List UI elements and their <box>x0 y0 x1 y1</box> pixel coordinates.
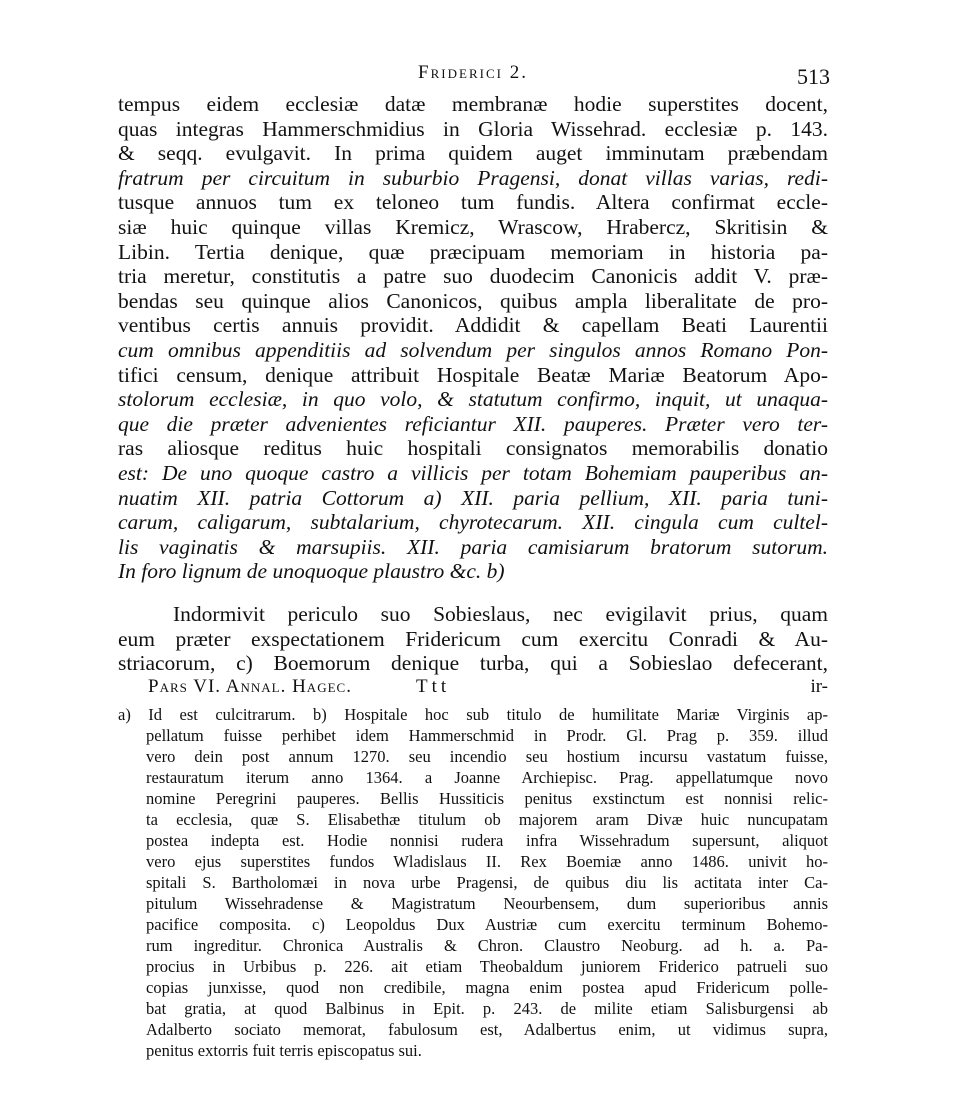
text-line: eum præter exspectationem Fridericum cum… <box>118 627 828 652</box>
footnote-line: a) Id est culcitrarum. b) Hospitale hoc … <box>118 704 828 725</box>
footnote-line: vero dein post annum 1270. seu incendio … <box>118 746 828 767</box>
footnote-line: postea indepta est. Hodie nonnisi rudera… <box>118 830 828 851</box>
text-line: & seqq. evulgavit. In prima quidem auget… <box>118 141 828 166</box>
text-line: In foro lignum de unoquoque plaustro &c.… <box>118 559 828 584</box>
footnote-line: pitulum Wissehradense & Magistratum Neou… <box>118 893 828 914</box>
text-line: ventibus certis annuis providit. Addidit… <box>118 313 828 338</box>
text-line: tempus eidem ecclesiæ datæ membranæ hodi… <box>118 92 828 117</box>
text-line: lis vaginatis & marsupiis. XII. paria ca… <box>118 535 828 560</box>
footnote-line: vero ejus superstites fundos Wladislaus … <box>118 851 828 872</box>
text-line: cum omnibus appenditiis ad solvendum per… <box>118 338 828 363</box>
running-head: Friderici 2. <box>118 62 828 84</box>
page-header: Friderici 2. 513 <box>118 62 828 92</box>
footnote-line: restauratum iterum anno 1364. a Joanne A… <box>118 767 828 788</box>
text-line: quas integras Hammerschmidius in Gloria … <box>118 117 828 142</box>
signature-mark: Ttt <box>416 676 450 698</box>
signature-title: Pars VI. Annal. Hagec. <box>148 676 352 698</box>
text-line: tifici censum, denique attribuit Hospita… <box>118 363 828 388</box>
main-text-block: tempus eidem ecclesiæ datæ membranæ hodi… <box>118 92 828 584</box>
text-line: stolorum ecclesiæ, in quo volo, & statut… <box>118 387 828 412</box>
footnote-line: copias junxisse, quod non credibile, mag… <box>118 977 828 998</box>
footnote-line: bat gratia, at quod Balbinus in Epit. p.… <box>118 998 828 1019</box>
text-line: Libin. Tertia denique, quæ præcipuam mem… <box>118 240 828 265</box>
footnote-line: procius in Urbibus p. 226. ait etiam The… <box>118 956 828 977</box>
text-line: tusque annuos tum ex teloneo tum fundis.… <box>118 190 828 215</box>
paragraph-2: Indormivit periculo suo Sobieslaus, nec … <box>118 602 828 676</box>
page-number: 513 <box>797 64 830 90</box>
footnote-line: ta ecclesia, quæ S. Elisabethæ titulum o… <box>118 809 828 830</box>
text-line: carum, caligarum, subtalarium, chyroteca… <box>118 510 828 535</box>
footnote-line: spitali S. Bartholomæi in nova urbe Prag… <box>118 872 828 893</box>
text-line: est: De uno quoque castro a villicis per… <box>118 461 828 486</box>
text-line: Indormivit periculo suo Sobieslaus, nec … <box>118 602 828 627</box>
text-line: striacorum, c) Boemorum denique turba, q… <box>118 651 828 676</box>
text-line: ras aliosque reditus huic hospitali cons… <box>118 436 828 461</box>
book-page: Friderici 2. 513 tempus eidem ecclesiæ d… <box>0 0 960 1110</box>
text-line: tria meretur, constitutis a patre suo du… <box>118 264 828 289</box>
catchword: ir- <box>810 676 828 698</box>
footnote-line: rum ingreditur. Chronica Australis & Chr… <box>118 935 828 956</box>
text-line: que die præter advenientes reficiantur X… <box>118 412 828 437</box>
footnote-line: pellatum fuisse perhibet idem Hammerschm… <box>118 725 828 746</box>
footnote-line: pacifice composita. c) Leopoldus Dux Aus… <box>118 914 828 935</box>
text-line: fratrum per circuitum in suburbio Pragen… <box>118 166 828 191</box>
footnotes-block: a) Id est culcitrarum. b) Hospitale hoc … <box>118 704 828 1061</box>
footnote-line: Adalberto sociato memorat, fabulosum est… <box>118 1019 828 1040</box>
text-line: siæ huic quinque villas Kremicz, Wrascow… <box>118 215 828 240</box>
footnote-line: nomine Peregrini pauperes. Bellis Hussit… <box>118 788 828 809</box>
footnote-line: penitus extorris fuit terris episcopatus… <box>118 1040 828 1061</box>
text-line: bendas seu quinque alios Canonicos, quib… <box>118 289 828 314</box>
text-line: nuatim XII. patria Cottorum a) XII. pari… <box>118 486 828 511</box>
